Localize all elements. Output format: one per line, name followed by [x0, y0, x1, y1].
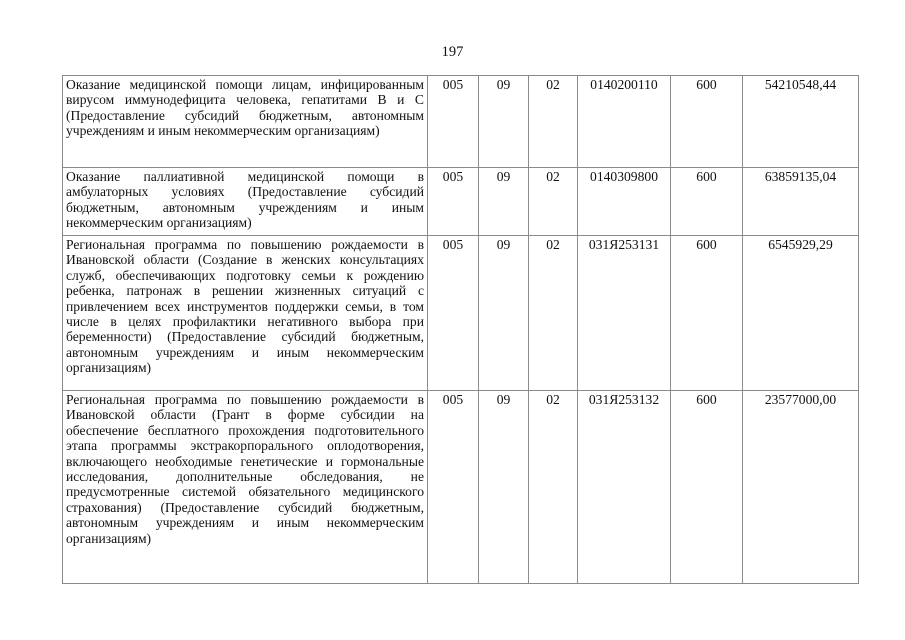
expense-type: 600 [671, 391, 743, 584]
expense-type: 600 [671, 236, 743, 391]
budget-table: Оказание медицинской помощи лицам, инфиц… [62, 75, 859, 584]
ministry-code: 005 [428, 391, 479, 584]
page-number: 197 [0, 44, 905, 61]
target-article: 0140200110 [578, 76, 671, 168]
subsection-code: 02 [529, 76, 578, 168]
amount: 54210548,44 [743, 76, 859, 168]
ministry-code: 005 [428, 236, 479, 391]
table-row: Региональная программа по повышению рожд… [63, 391, 859, 584]
section-code: 09 [479, 168, 529, 236]
amount: 23577000,00 [743, 391, 859, 584]
section-code: 09 [479, 76, 529, 168]
expense-type: 600 [671, 168, 743, 236]
section-code: 09 [479, 391, 529, 584]
row-description: Региональная программа по повышению рожд… [63, 391, 428, 584]
table-row: Оказание паллиативной медицинской помощи… [63, 168, 859, 236]
ministry-code: 005 [428, 168, 479, 236]
expense-type: 600 [671, 76, 743, 168]
row-description: Оказание медицинской помощи лицам, инфиц… [63, 76, 428, 168]
row-description: Оказание паллиативной медицинской помощи… [63, 168, 428, 236]
target-article: 0140309800 [578, 168, 671, 236]
subsection-code: 02 [529, 236, 578, 391]
amount: 6545929,29 [743, 236, 859, 391]
row-description: Региональная программа по повышению рожд… [63, 236, 428, 391]
amount: 63859135,04 [743, 168, 859, 236]
table-row: Региональная программа по повышению рожд… [63, 236, 859, 391]
ministry-code: 005 [428, 76, 479, 168]
table-row: Оказание медицинской помощи лицам, инфиц… [63, 76, 859, 168]
section-code: 09 [479, 236, 529, 391]
subsection-code: 02 [529, 391, 578, 584]
target-article: 031Я253132 [578, 391, 671, 584]
subsection-code: 02 [529, 168, 578, 236]
target-article: 031Я253131 [578, 236, 671, 391]
